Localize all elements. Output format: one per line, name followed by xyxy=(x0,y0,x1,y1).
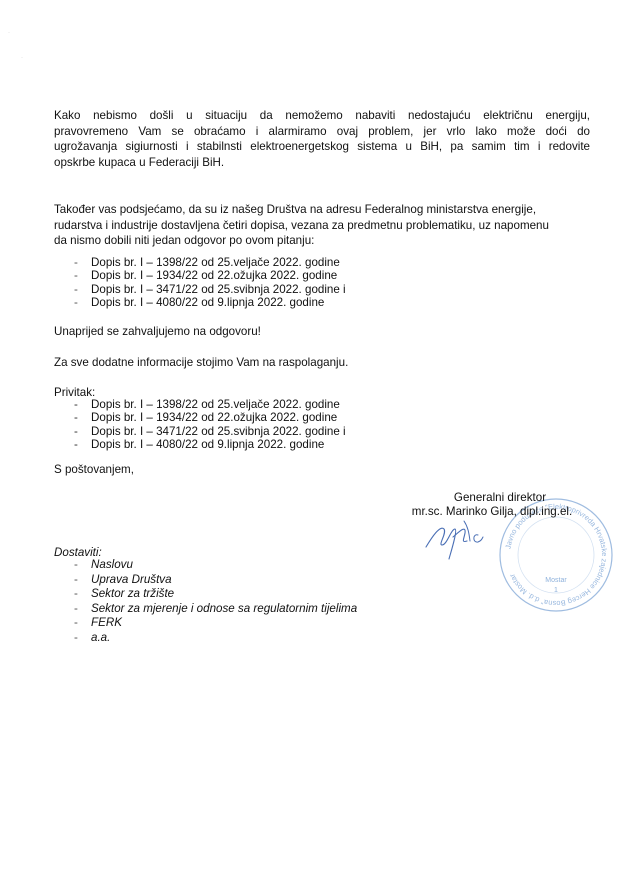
document-page: · · Kako nebismo došli u situaciju da ne… xyxy=(0,0,632,895)
paragraph-line: ugrožavanja sigiurnosti i stabilnsti ele… xyxy=(54,139,590,155)
bullet-dash: - xyxy=(74,602,78,617)
attachments-list: -Dopis br. I – 1398/22 od 25.veljače 202… xyxy=(54,398,346,452)
bullet-dash: - xyxy=(74,616,78,631)
list-item: -Dopis br. I – 4080/22 od 9.lipnja 2022.… xyxy=(54,438,346,451)
scan-artifact: · xyxy=(8,30,10,36)
stamp-city: Mostar xyxy=(545,577,567,584)
list-item: -Dopis br. I – 1934/22 od 22.ožujka 2022… xyxy=(54,411,346,424)
paragraph-line: pravovremeno Vam se obraćamo i alarmiram… xyxy=(54,124,590,140)
list-item: -Uprava Društva xyxy=(54,573,357,588)
bullet-dash: - xyxy=(74,587,78,602)
paragraph-line: Također vas podsjećamo, da su iz našeg D… xyxy=(54,202,599,218)
info-text: Za sve dodatne informacije stojimo Vam n… xyxy=(54,355,590,371)
paragraph-reminder: Također vas podsjećamo, da su iz našeg D… xyxy=(54,202,599,249)
letters-list: -Dopis br. I – 1398/22 od 25.veljače 202… xyxy=(54,256,346,310)
list-item: -Dopis br. I – 1398/22 od 25.veljače 202… xyxy=(54,256,346,269)
bullet-dash: - xyxy=(74,425,78,438)
paragraph-line: da nismo dobili niti jedan odgovor po ov… xyxy=(54,233,599,249)
list-item: -a.a. xyxy=(54,631,357,646)
paragraph-situation: Kako nebismo došli u situaciju da nemože… xyxy=(54,108,590,170)
bullet-dash: - xyxy=(74,573,78,588)
bullet-dash: - xyxy=(74,296,78,309)
list-item: -Dopis br. I – 1398/22 od 25.veljače 202… xyxy=(54,398,346,411)
list-item: -Naslovu xyxy=(54,558,357,573)
paragraph-line: rudarstva i industrije dostavljena četir… xyxy=(54,218,599,234)
list-item: -Dopis br. I – 4080/22 od 9.lipnja 2022.… xyxy=(54,296,346,309)
list-item: -Dopis br. I – 1934/22 od 22.ožujka 2022… xyxy=(54,269,346,282)
paragraph-line: Kako nebismo došli u situaciju da nemože… xyxy=(54,108,590,124)
list-item: -Dopis br. I – 3471/22 od 25.svibnja 202… xyxy=(54,425,346,438)
list-item: -FERK xyxy=(54,616,357,631)
bullet-dash: - xyxy=(74,269,78,282)
list-item: -Sektor za tržište xyxy=(54,587,357,602)
signature-title: Generalni direktor xyxy=(396,491,604,505)
distribution-list: -Naslovu -Uprava Društva -Sektor za trži… xyxy=(54,558,357,646)
list-item: -Sektor za mjerenje i odnose sa regulato… xyxy=(54,602,357,617)
stamp-number: 1 xyxy=(554,587,558,594)
scan-artifact: · xyxy=(21,55,23,61)
bullet-dash: - xyxy=(74,558,78,573)
bullet-dash: - xyxy=(74,398,78,411)
thanks-text: Unaprijed se zahvaljujemo na odgovoru! xyxy=(54,324,590,340)
bullet-dash: - xyxy=(74,438,78,451)
bullet-dash: - xyxy=(74,283,78,296)
bullet-dash: - xyxy=(74,631,78,646)
closing-text: S poštovanjem, xyxy=(54,462,590,478)
paragraph-line: opskrbe kupaca u Federaciji BiH. xyxy=(54,155,590,171)
bullet-dash: - xyxy=(74,411,78,424)
list-item: -Dopis br. I – 3471/22 od 25.svibnja 202… xyxy=(54,283,346,296)
bullet-dash: - xyxy=(74,256,78,269)
